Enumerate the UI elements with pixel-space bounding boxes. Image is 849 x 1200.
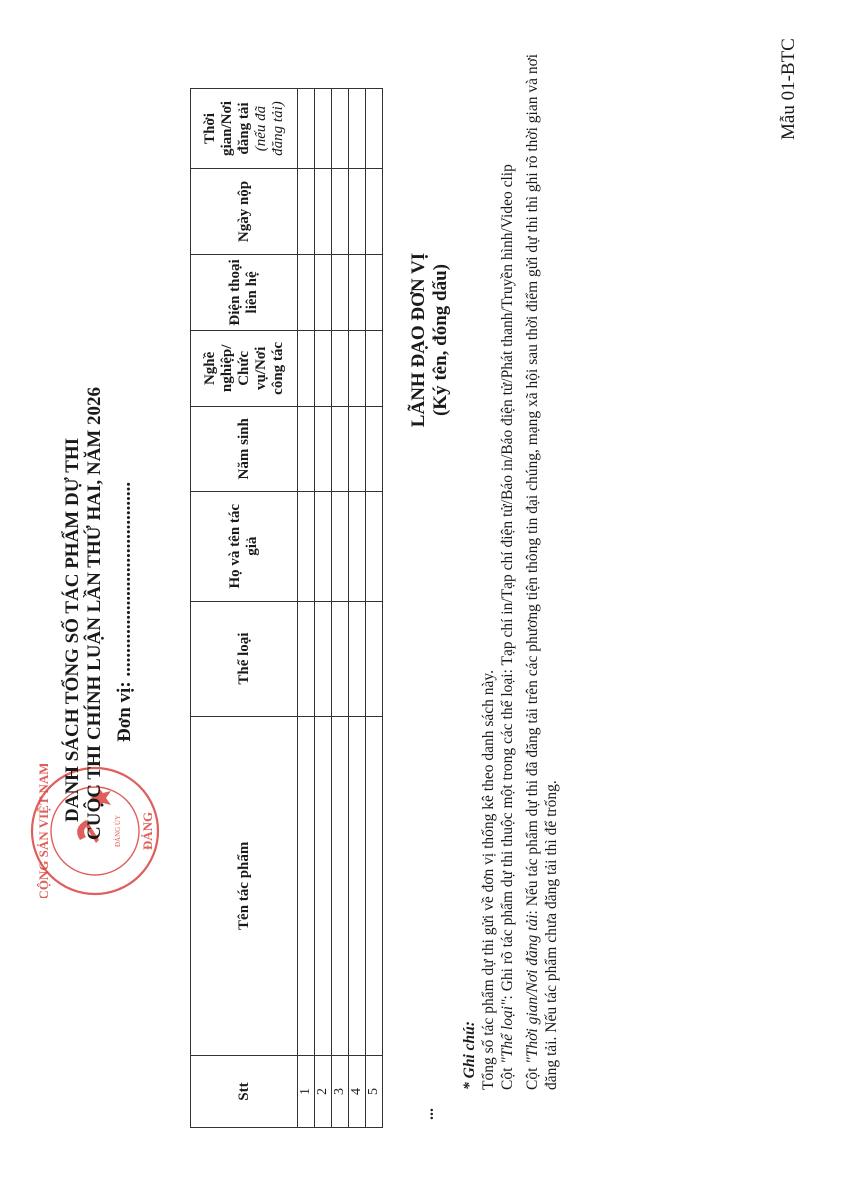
table-cell[interactable] — [349, 330, 366, 406]
document-subtitle: CUỘC THI CHÍNH LUẬN LẦN THỨ HAI, NĂM 202… — [84, 110, 106, 870]
stamp-ring-top: CỘNG SẢN VIỆT NAM — [36, 764, 51, 898]
table-cell[interactable] — [332, 716, 349, 1056]
form-code: Mẫu 01-BTC — [778, 38, 800, 140]
table-row: 3 — [332, 89, 349, 1128]
row-stt: 1 — [298, 1056, 315, 1128]
table-cell[interactable] — [349, 254, 366, 330]
unit-field: Đơn vị: ................................… — [114, 110, 136, 870]
table-cell[interactable] — [366, 491, 383, 601]
table-cell[interactable] — [332, 330, 349, 406]
table-cell[interactable] — [315, 169, 332, 255]
row-stt: 3 — [332, 1056, 349, 1128]
table-row: 1 — [298, 89, 315, 1128]
table-cell[interactable] — [315, 254, 332, 330]
header-author-name: Họ và tên tác giả — [191, 491, 298, 601]
title-block: DANH SÁCH TỔNG SỐ TÁC PHẨM DỰ THI CUỘC T… — [62, 110, 136, 870]
document-title: DANH SÁCH TỔNG SỐ TÁC PHẨM DỰ THI — [62, 110, 84, 870]
table-cell[interactable] — [366, 716, 383, 1056]
table-cell[interactable] — [315, 601, 332, 716]
row-stt: 4 — [349, 1056, 366, 1128]
table-cell[interactable] — [349, 491, 366, 601]
header-stt: Stt — [191, 1056, 298, 1128]
table-header-row: Stt Tên tác phẩm Thể loại Họ và tên tác … — [191, 89, 298, 1128]
table-cell[interactable] — [332, 254, 349, 330]
table-cell[interactable] — [298, 716, 315, 1056]
table-cell[interactable] — [366, 89, 383, 169]
table-cell[interactable] — [315, 491, 332, 601]
table-cell[interactable] — [349, 406, 366, 491]
header-genre: Thể loại — [191, 601, 298, 716]
signature-subtitle: (Ký tên, đóng dấu) — [430, 215, 452, 465]
header-phone: Điện thoại liên hệ — [191, 254, 298, 330]
table-cell[interactable] — [298, 89, 315, 169]
note-line-3: Cột "Thời gian/Nơi đăng tải: Nếu tác phẩ… — [523, 30, 561, 1090]
header-submit-date: Ngày nộp — [191, 169, 298, 255]
notes-heading: * Ghi chú — [461, 1026, 478, 1090]
header-published: Thời gian/Nơi đăng tải (nếu đã đăng tải) — [191, 89, 298, 169]
table-cell[interactable] — [315, 330, 332, 406]
header-birth-year: Năm sinh — [191, 406, 298, 491]
note-line-1: Tổng số tác phẩm dự thi gửi về đơn vị th… — [479, 30, 498, 1090]
note-line-2: Cột "Thể loại": Ghi rõ tác phẩm dự thi t… — [498, 30, 517, 1090]
table-cell[interactable] — [366, 254, 383, 330]
table-cell[interactable] — [332, 89, 349, 169]
header-published-note: (nếu đã đăng tải) — [253, 101, 286, 156]
row-stt: 5 — [366, 1056, 383, 1128]
table-cell[interactable] — [349, 169, 366, 255]
table-cell[interactable] — [349, 89, 366, 169]
table-cell[interactable] — [349, 601, 366, 716]
table-row: 2 — [315, 89, 332, 1128]
table-cell[interactable] — [315, 89, 332, 169]
table-cell[interactable] — [332, 406, 349, 491]
signature-block: LÃNH ĐẠO ĐƠN VỊ (Ký tên, đóng dấu) — [408, 215, 452, 465]
table-cell[interactable] — [298, 254, 315, 330]
stamp-ring-bottom: ĐẢNG — [140, 812, 155, 850]
table-cell[interactable] — [315, 716, 332, 1056]
header-published-label: Thời gian/Nơi đăng tải — [202, 101, 252, 156]
document-sheet: Mẫu 01-BTC CỘNG SẢN VIỆT NAM ĐẢNG ĐẢNG Ủ… — [0, 0, 849, 1200]
table-cell[interactable] — [332, 601, 349, 716]
table-cell[interactable] — [298, 169, 315, 255]
table-cell[interactable] — [315, 406, 332, 491]
signature-title: LÃNH ĐẠO ĐƠN VỊ — [408, 215, 430, 465]
table-cell[interactable] — [298, 601, 315, 716]
header-occupation: Nghề nghiệp/ Chức vụ/Nơi công tác — [191, 330, 298, 406]
table-cell[interactable] — [298, 406, 315, 491]
table-row: 5 — [366, 89, 383, 1128]
table-cell[interactable] — [298, 491, 315, 601]
row-stt: 2 — [315, 1056, 332, 1128]
notes-section: * Ghi chú: Tổng số tác phẩm dự thi gửi v… — [460, 30, 561, 1090]
table-cell[interactable] — [366, 601, 383, 716]
table-cell[interactable] — [349, 716, 366, 1056]
header-work-title: Tên tác phẩm — [191, 716, 298, 1056]
table-continuation: ... — [420, 1108, 438, 1120]
table-cell[interactable] — [366, 169, 383, 255]
table-cell[interactable] — [332, 169, 349, 255]
table-row: 4 — [349, 89, 366, 1128]
entries-table: Stt Tên tác phẩm Thể loại Họ và tên tác … — [190, 88, 383, 1128]
table-cell[interactable] — [366, 330, 383, 406]
table-cell[interactable] — [366, 406, 383, 491]
table-cell[interactable] — [332, 491, 349, 601]
table-cell[interactable] — [298, 330, 315, 406]
